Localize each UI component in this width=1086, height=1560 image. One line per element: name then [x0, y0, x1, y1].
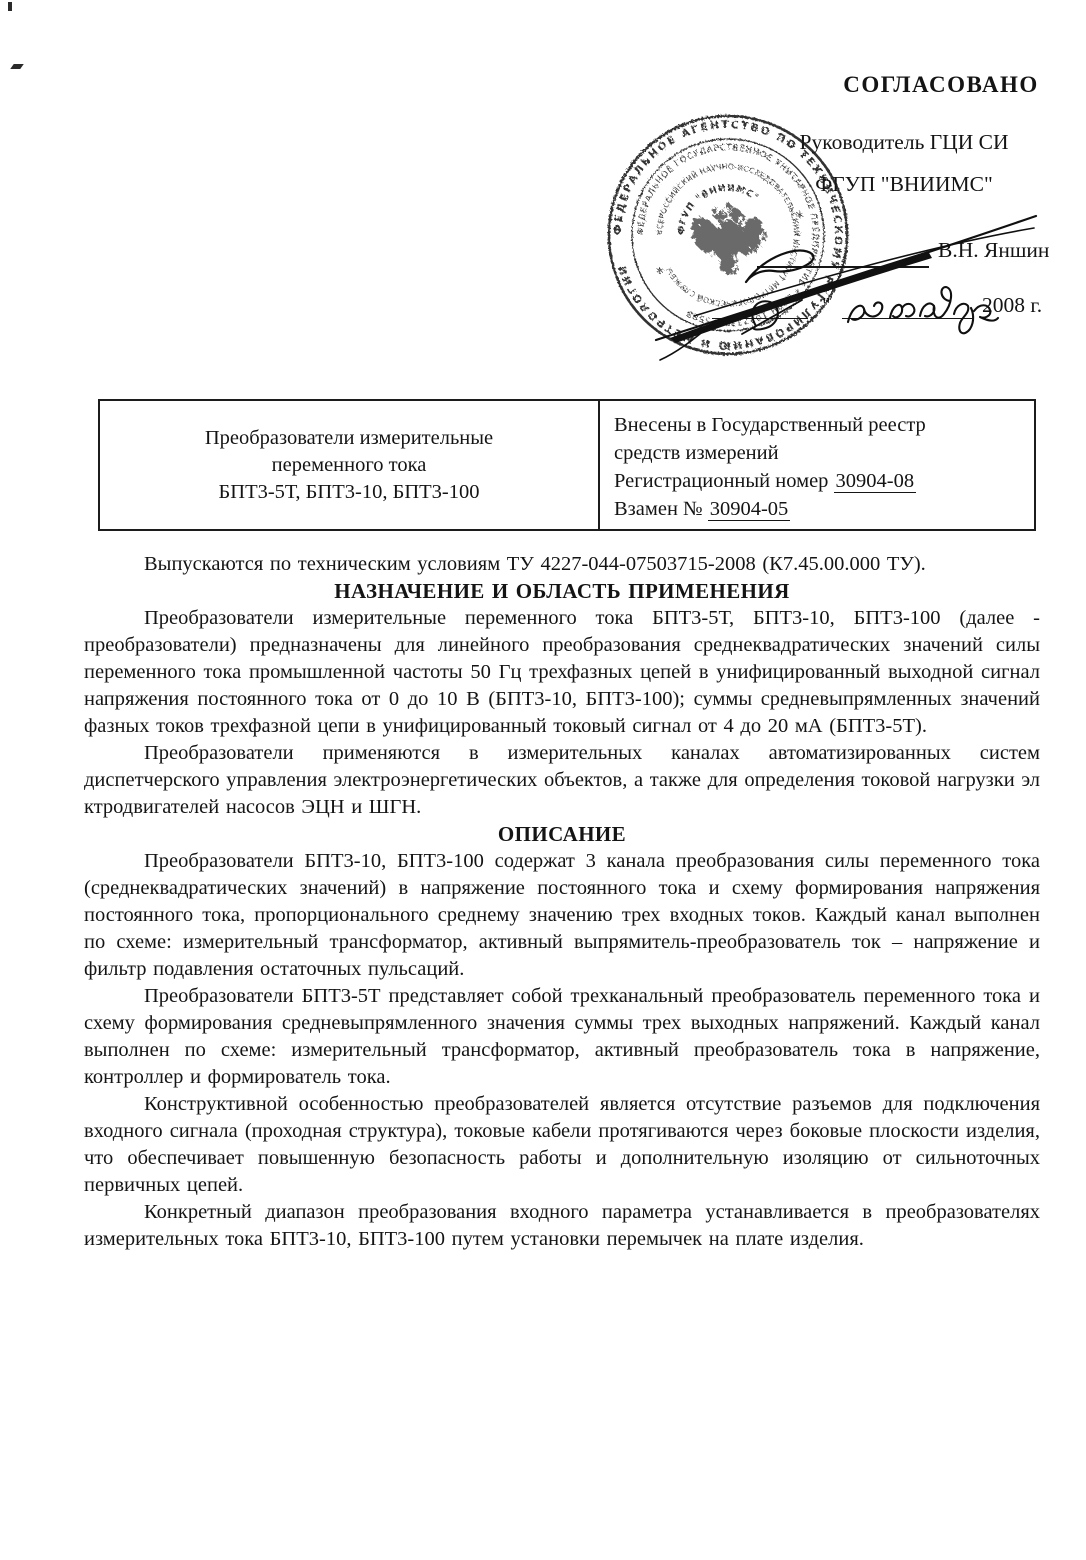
product-line: Преобразователи измерительные [100, 425, 598, 452]
registry-line: средств измерений [614, 439, 1026, 467]
body-paragraph: Преобразователи измерительные переменног… [84, 605, 1040, 740]
section-heading-purpose: НАЗНАЧЕНИЕ И ОБЛАСТЬ ПРИМЕНЕНИЯ [84, 578, 1040, 605]
technical-conditions-line: Выпускаются по техническим условиям ТУ 4… [84, 551, 1040, 578]
seal-eagle-emblem [686, 203, 771, 274]
registration-number-value: 30904-08 [834, 470, 917, 493]
product-line: БПТ3-5Т, БПТ3-10, БПТ3-100 [100, 479, 598, 506]
stamp-and-signature-overlay: ФЕДЕРАЛЬНОЕ АГЕНТСТВО ПО ТЕХНИЧЕСКОМУ РЕ… [598, 108, 1086, 372]
scan-speck [8, 2, 12, 11]
scan-speck [10, 64, 24, 69]
approval-title: СОГЛАСОВАНО [836, 72, 1046, 98]
registration-number-line: Регистрационный номер 30904-08 [614, 467, 1026, 495]
replaces-number-value: 30904-05 [708, 498, 791, 521]
replaces-number-line: Взамен № 30904-05 [614, 495, 1026, 523]
body-paragraph: Преобразователи применяются в измеритель… [84, 740, 1040, 821]
document-body: Выпускаются по техническим условиям ТУ 4… [84, 551, 1040, 1253]
seal-star-right: * [796, 208, 804, 226]
section-heading-description: ОПИСАНИЕ [84, 821, 1040, 848]
registry-entry-cell: Внесены в Государственный реестр средств… [600, 401, 1034, 529]
product-line: переменного тока [100, 452, 598, 479]
replaces-label: Взамен № [614, 498, 708, 520]
body-paragraph: Конкретный диапазон преобразования входн… [84, 1199, 1040, 1253]
registry-info-table: Преобразователи измерительные переменног… [98, 399, 1036, 531]
body-paragraph: Конструктивной особенностью преобразоват… [84, 1091, 1040, 1199]
handwritten-month-script [848, 287, 998, 333]
registration-number-label: Регистрационный номер [614, 470, 834, 492]
scanned-document-page: СОГЛАСОВАНО Руководитель ГЦИ СИ ФГУП "ВН… [0, 0, 1086, 1560]
registry-line: Внесены в Государственный реестр [614, 411, 1026, 439]
body-paragraph: Преобразователи БПТ3-5Т представляет соб… [84, 983, 1040, 1091]
seal-star-left: * [656, 264, 664, 282]
body-paragraph: Преобразователи БПТ3-10, БПТ3-100 содерж… [84, 848, 1040, 983]
product-name-cell: Преобразователи измерительные переменног… [100, 401, 600, 529]
